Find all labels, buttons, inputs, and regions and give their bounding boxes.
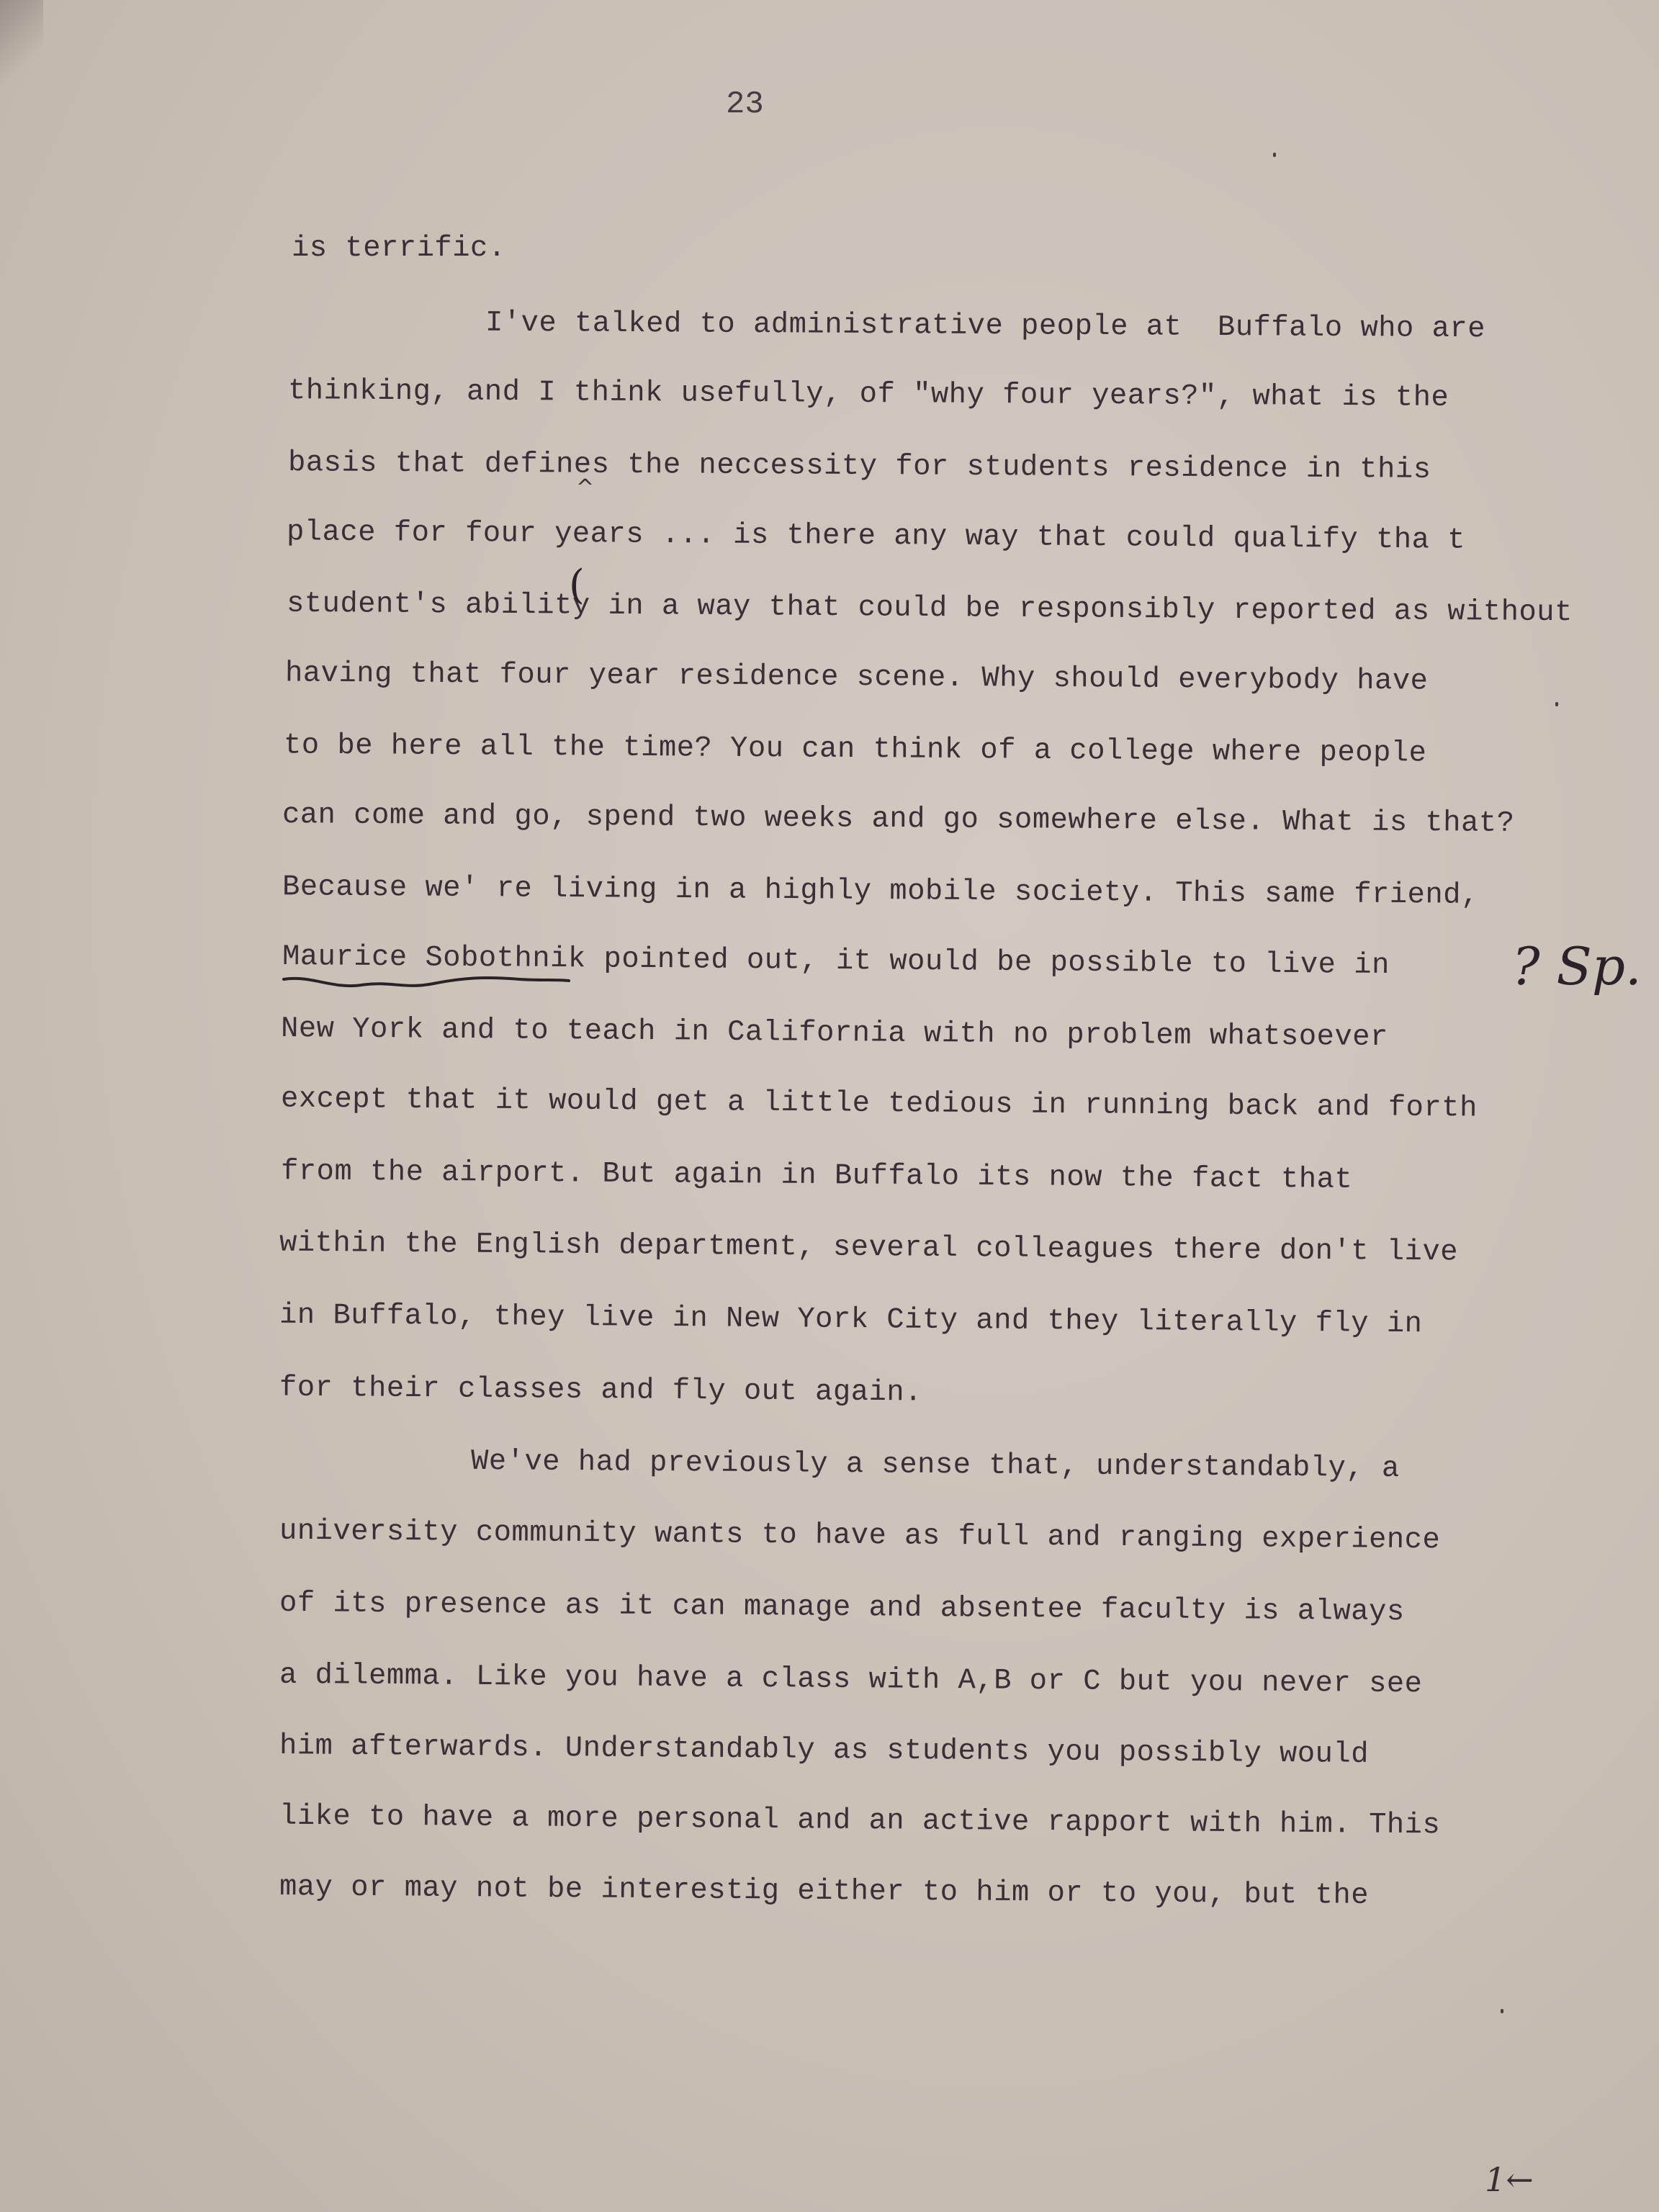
text-line-4: basis that defines the neccessity for st… xyxy=(288,446,1431,487)
page-corner-shadow xyxy=(0,0,43,86)
text-line-2: I've talked to administrative people at … xyxy=(485,307,1485,346)
text-line-6: student's ability in a way that could be… xyxy=(287,588,1573,629)
text-line-15: within the English department, several c… xyxy=(279,1227,1458,1269)
paper-speck xyxy=(1501,2009,1503,2013)
margin-note-spelling-query: ? Sp. xyxy=(1512,936,1642,997)
page-number: 23 xyxy=(726,86,764,122)
text-line-20: of its presence as it can manage and abs… xyxy=(279,1587,1405,1629)
wavy-underline-icon xyxy=(282,974,570,991)
text-line-17: for their classes and fly out again. xyxy=(279,1371,922,1409)
text-line-18: We've had previously a sense that, under… xyxy=(471,1445,1400,1485)
paper-speck xyxy=(1273,153,1276,157)
bottom-page-mark: 1← xyxy=(1485,2160,1534,2199)
text-line-12: New York and to teach in California with… xyxy=(281,1012,1388,1054)
text-line-19: university community wants to have as fu… xyxy=(279,1515,1441,1557)
paper-speck xyxy=(1555,702,1558,706)
text-line-1: is terrific. xyxy=(292,232,506,265)
text-line-10: Because we' re living in a highly mobile… xyxy=(282,871,1479,912)
text-line-3: thinking, and I think usefully, of "why … xyxy=(288,374,1449,415)
ability-edit-mark: ( xyxy=(569,562,585,608)
text-line-21: a dilemma. Like you have a class with A,… xyxy=(279,1659,1423,1701)
text-line-23: like to have a more personal and an acti… xyxy=(279,1800,1441,1843)
text-line-7: having that four year residence scene. W… xyxy=(285,657,1429,698)
text-line-24: may or may not be interestig either to h… xyxy=(279,1871,1369,1912)
text-line-5: place for four years ... is there any wa… xyxy=(287,516,1465,557)
insertion-caret-mark: ^ xyxy=(576,475,594,500)
text-line-8: to be here all the time? You can think o… xyxy=(284,729,1427,770)
text-line-16: in Buffalo, they live in New York City a… xyxy=(279,1299,1423,1341)
text-line-9: can come and go, spend two weeks and go … xyxy=(282,799,1515,840)
text-line-13: except that it would get a little tediou… xyxy=(281,1082,1478,1125)
text-line-22: him afterwards. Understandably as studen… xyxy=(279,1730,1369,1771)
text-line-14: from the airport. But again in Buffalo i… xyxy=(281,1155,1353,1197)
